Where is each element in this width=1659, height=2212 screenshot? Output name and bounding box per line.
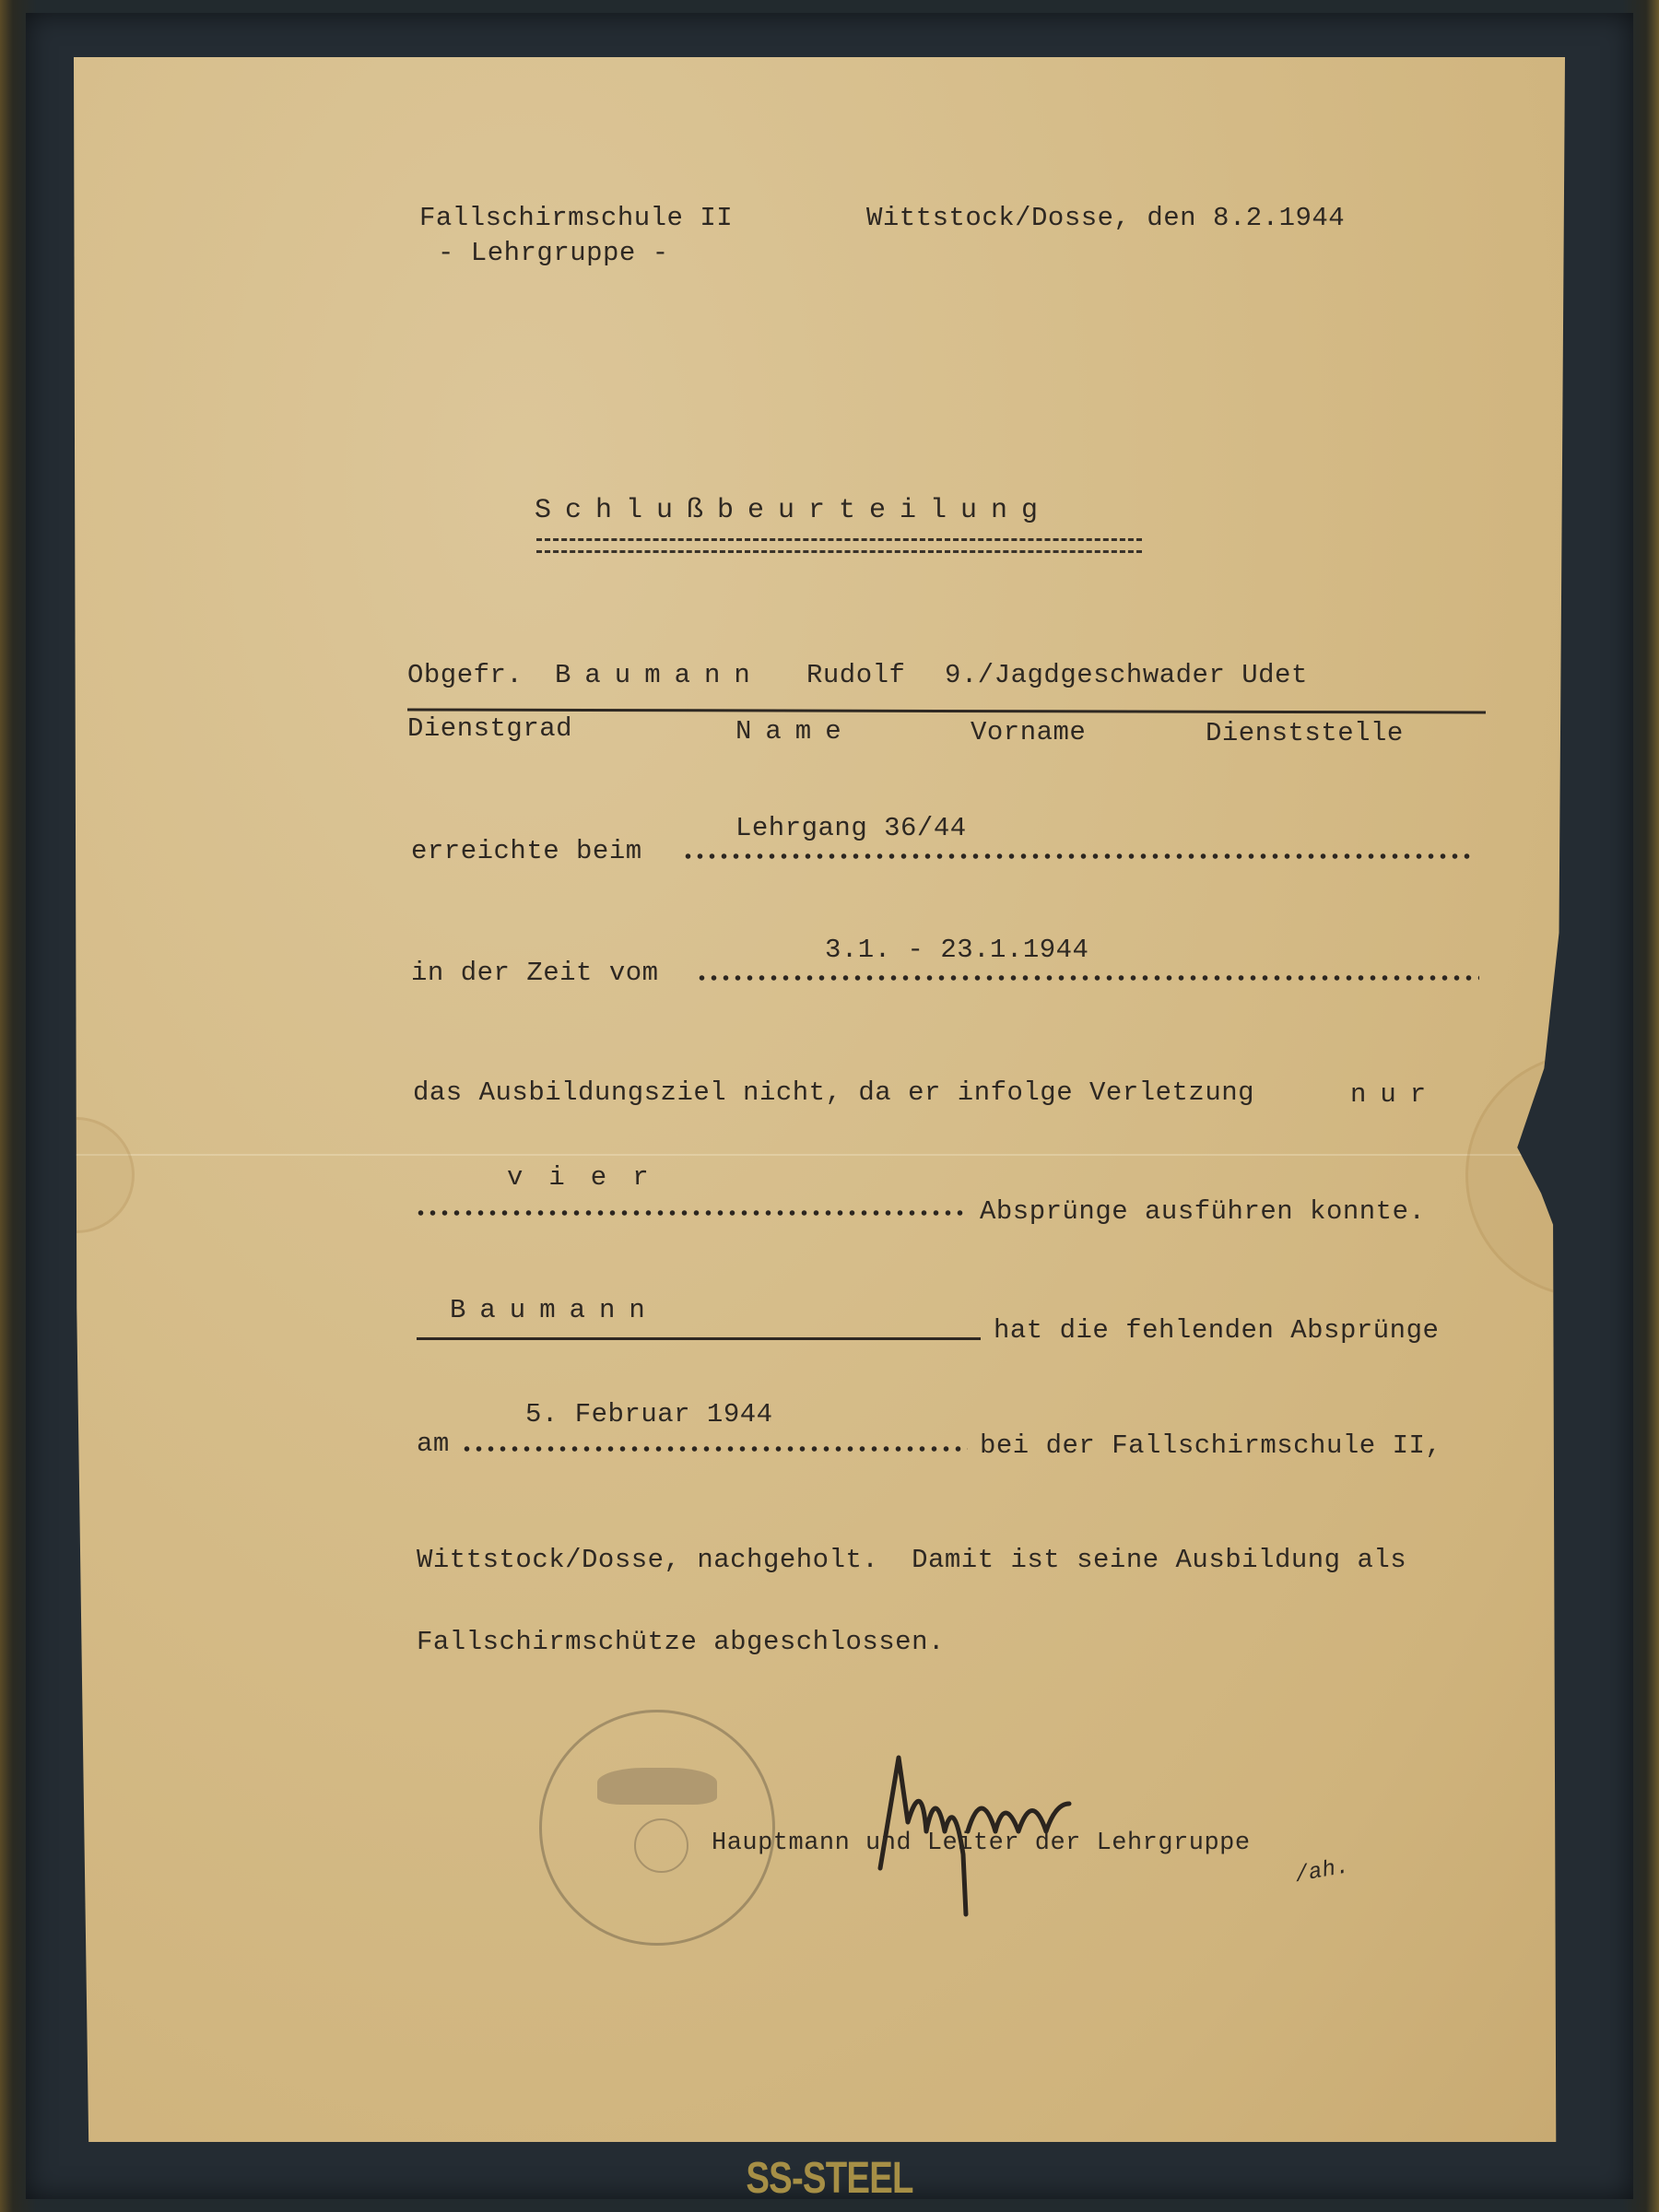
makeup-date-value: 5. Februar 1944 xyxy=(525,1399,773,1430)
makeup-date-suffix: bei der Fallschirmschule II, xyxy=(980,1430,1441,1461)
jumps-suffix: Absprünge ausführen konnte. xyxy=(980,1196,1425,1227)
rank-label: Dienstgrad xyxy=(407,713,572,744)
surname-label: Name xyxy=(735,716,855,747)
makeup-text: hat die fehlenden Absprünge xyxy=(994,1315,1439,1346)
header-place-date: Wittstock/Dosse, den 8.2.1944 xyxy=(866,203,1345,233)
document-paper: Fallschirmschule II - Lehrgruppe - Witts… xyxy=(74,57,1565,2142)
course-dotted-line xyxy=(682,853,1475,860)
rank-value: Obgefr. xyxy=(407,660,523,690)
period-dotted-line xyxy=(696,974,1479,982)
makeup-date-dotted-line xyxy=(461,1445,968,1453)
typist-initials: /ah. xyxy=(1293,1854,1351,1888)
completion-line: Wittstock/Dosse, nachgeholt. Damit ist s… xyxy=(417,1545,1406,1575)
handwritten-signature xyxy=(857,1693,1272,1933)
title-double-underline xyxy=(536,538,1142,553)
period-value: 3.1. - 23.1.1944 xyxy=(825,935,1088,965)
fold-crease xyxy=(74,1154,1565,1156)
unit-value: 9./Jagdgeschwader Udet xyxy=(945,660,1308,690)
document-title: Schlußbeurteilung xyxy=(535,495,1052,526)
final-line: Fallschirmschütze abgeschlossen. xyxy=(417,1627,945,1657)
jumps-value: vier xyxy=(507,1162,675,1193)
name-fill-value: Baumann xyxy=(450,1295,659,1325)
unit-label: Dienststelle xyxy=(1206,718,1404,748)
eagle-emblem-icon xyxy=(597,1768,717,1805)
course-prefix: erreichte beim xyxy=(411,836,642,866)
makeup-date-prefix: am xyxy=(417,1429,450,1459)
watermark-text: SS-STEEL xyxy=(166,2153,1493,2204)
header-department: - Lehrgruppe - xyxy=(438,238,669,268)
name-fill-rule xyxy=(417,1337,981,1340)
body-line-1-nur: nur xyxy=(1350,1079,1440,1110)
body-line-1: das Ausbildungsziel nicht, da er infolge… xyxy=(413,1077,1254,1108)
wreath-emblem-icon xyxy=(634,1818,688,1873)
header-institution: Fallschirmschule II xyxy=(419,203,733,233)
official-stamp xyxy=(539,1710,775,1946)
signatory-title: Hauptmann und Leiter der Lehrgruppe xyxy=(712,1830,1251,1857)
period-prefix: in der Zeit vom xyxy=(411,958,659,988)
course-value: Lehrgang 36/44 xyxy=(735,813,967,843)
jumps-dotted-line xyxy=(415,1209,968,1217)
first-name-value: Rudolf xyxy=(806,660,905,690)
first-name-label: Vorname xyxy=(971,717,1086,747)
surname-value: Baumann xyxy=(555,660,764,690)
